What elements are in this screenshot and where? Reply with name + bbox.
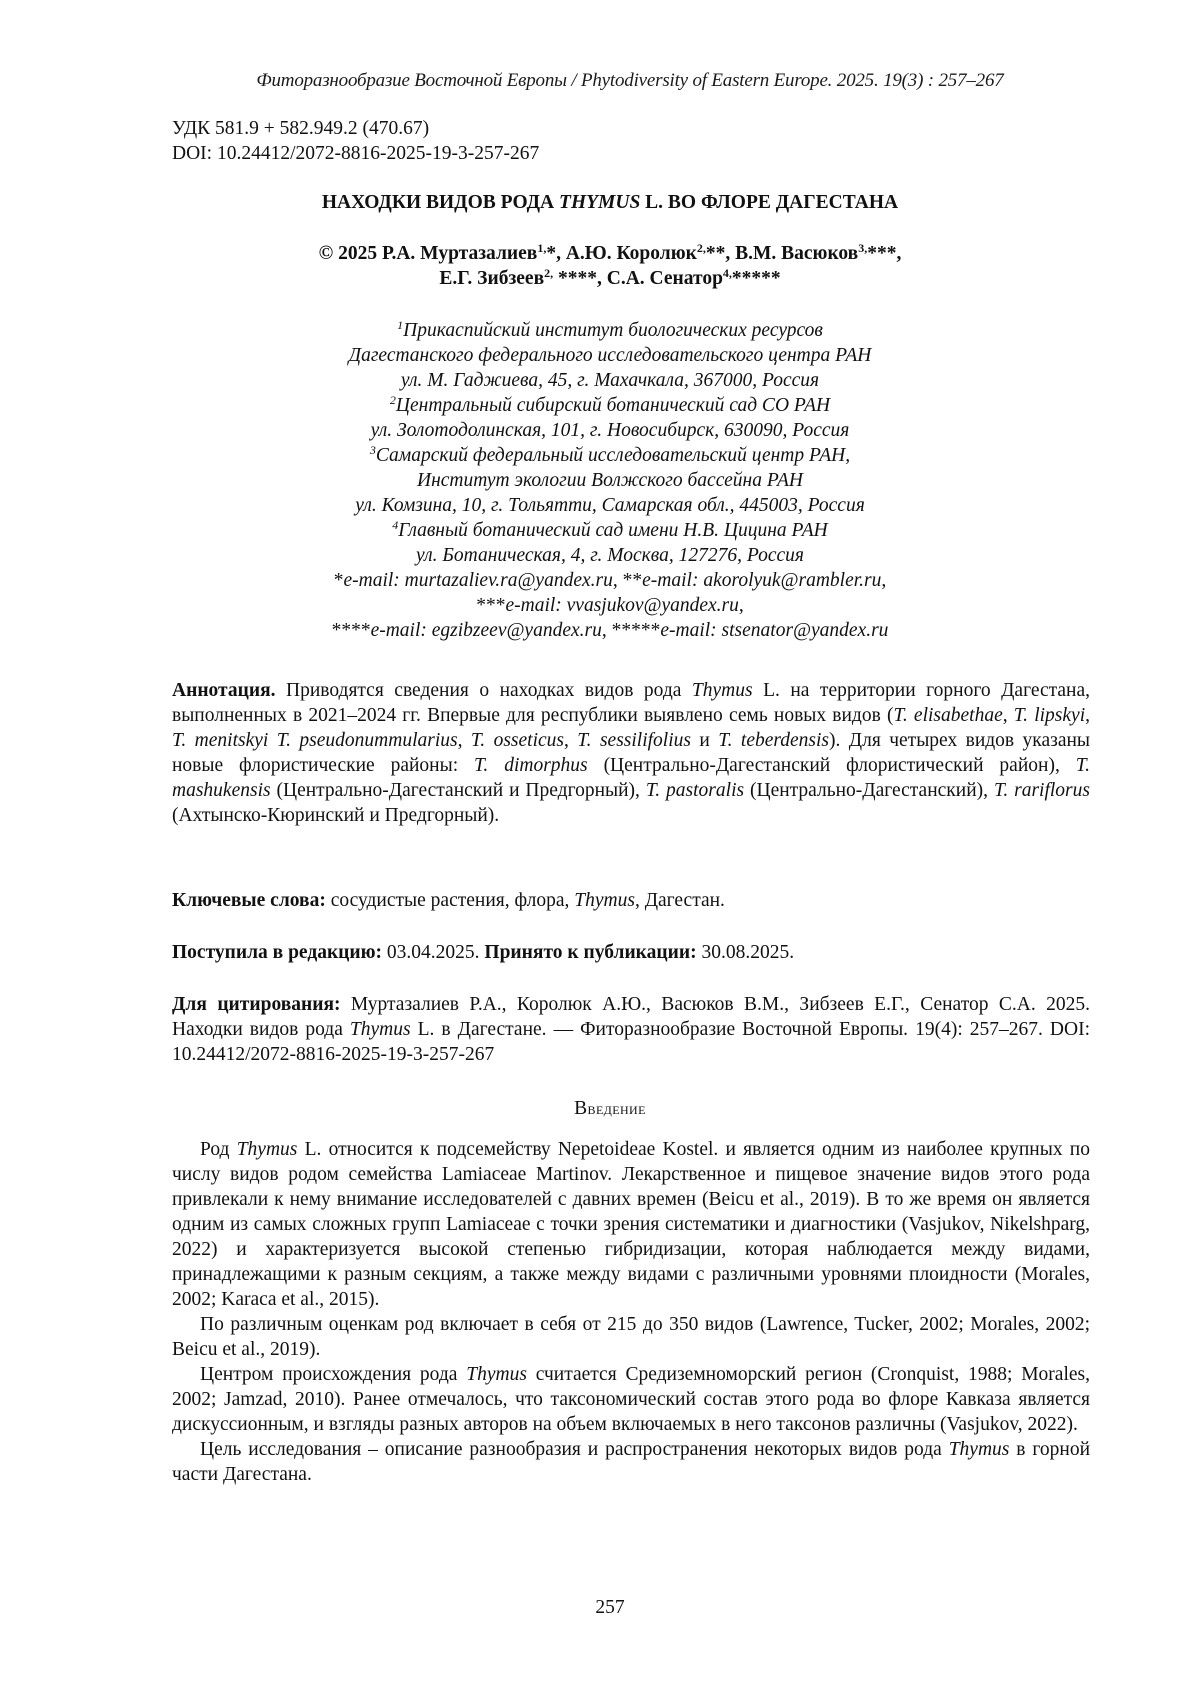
author-list: © 2025 Р.А. Муртазалиев1,*, А.Ю. Королюк… <box>0 241 1200 291</box>
affiliation-line: ул. М. Гаджиева, 45, г. Махачкала, 36700… <box>20 368 1200 393</box>
email-lines: *e-mail: murtazaliev.ra@yandex.ru, **e-m… <box>20 568 1200 643</box>
abstract-body: Приводятся сведения о находках видов род… <box>172 680 1090 826</box>
email-address[interactable]: vvasjukov@yandex.ru <box>567 595 739 616</box>
affiliation-lines: 1Прикаспийский институт биологических ре… <box>20 318 1200 568</box>
accepted-date: 30.08.2025. <box>697 942 795 963</box>
introduction-body: Род Thymus L. относится к подсемейству N… <box>172 1137 1090 1487</box>
doi: DOI: 10.24412/2072-8816-2025-19-3-257-26… <box>172 141 539 166</box>
affiliation-line: ул. Золотодолинская, 101, г. Новосибирск… <box>20 418 1200 443</box>
running-head: Фиторазнообразие Восточной Европы / Phyt… <box>0 70 1200 92</box>
abstract-label: Аннотация. <box>172 680 276 701</box>
author: Е.Г. Зибзеев <box>439 268 544 289</box>
paragraph: По различным оценкам род включает в себя… <box>172 1312 1090 1362</box>
email-line: ***e-mail: vvasjukov@yandex.ru, <box>20 593 1200 618</box>
affiliation-line: Дагестанского федерального исследователь… <box>20 343 1200 368</box>
email-line: ****e-mail: egzibzeev@yandex.ru, *****e-… <box>20 618 1200 643</box>
keywords: Ключевые слова: сосудистые растения, фло… <box>172 888 1090 913</box>
received-date: 03.04.2025. <box>382 942 484 963</box>
email-address[interactable]: murtazaliev.ra@yandex.ru <box>405 570 613 591</box>
affiliation-line: 2Центральный сибирский ботанический сад … <box>20 393 1200 418</box>
affiliations: 1Прикаспийский институт биологических ре… <box>0 318 1200 643</box>
author: А.Ю. Королюк <box>566 243 697 264</box>
affiliation-line: 3Самарский федеральный исследовательский… <box>20 443 1200 468</box>
page-number: 257 <box>0 1597 1200 1619</box>
author: В.М. Васюков <box>735 243 858 264</box>
email-line: *e-mail: murtazaliev.ra@yandex.ru, **e-m… <box>20 568 1200 593</box>
affiliation-line: ул. Ботаническая, 4, г. Москва, 127276, … <box>20 543 1200 568</box>
email-address[interactable]: egzibzeev@yandex.ru <box>432 620 602 641</box>
author-line-1: © 2025 Р.А. Муртазалиев1,*, А.Ю. Королюк… <box>20 241 1200 266</box>
affiliation-line: ул. Комзина, 10, г. Тольятти, Самарская … <box>20 493 1200 518</box>
email-address[interactable]: akorolyuk@rambler.ru <box>703 570 881 591</box>
keywords-body: сосудистые растения, флора, Thymus, Даге… <box>326 890 725 911</box>
paragraph: Род Thymus L. относится к подсемейству N… <box>172 1137 1090 1312</box>
received-accepted-dates: Поступила в редакцию: 03.04.2025. Принят… <box>172 940 1090 965</box>
journal-page: Фиторазнообразие Восточной Европы / Phyt… <box>0 0 1200 1697</box>
abstract: Аннотация. Приводятся сведения о находка… <box>172 678 1090 828</box>
affiliation-line: 1Прикаспийский институт биологических ре… <box>20 318 1200 343</box>
paragraph: Центром происхождения рода Thymus считае… <box>172 1362 1090 1437</box>
udc-code: УДК 581.9 + 582.949.2 (470.67) <box>172 116 539 141</box>
paragraph: Цель исследования – описание разнообрази… <box>172 1437 1090 1487</box>
section-heading-introduction: Введение <box>0 1098 1200 1120</box>
keywords-label: Ключевые слова: <box>172 890 326 911</box>
author-line-2: Е.Г. Зибзеев2, ****, С.А. Сенатор4,***** <box>20 266 1200 291</box>
article-meta: УДК 581.9 + 582.949.2 (470.67) DOI: 10.2… <box>172 116 539 166</box>
affiliation-line: Институт экологии Волжского бассейна РАН <box>20 468 1200 493</box>
affiliation-line: 4Главный ботанический сад имени Н.В. Циц… <box>20 518 1200 543</box>
author: С.А. Сенатор <box>607 268 723 289</box>
article-title: НАХОДКИ ВИДОВ РОДА THYMUS L. ВО ФЛОРЕ ДА… <box>0 192 1200 214</box>
citation: Для цитирования: Муртазалиев Р.А., Корол… <box>172 992 1090 1067</box>
email-address[interactable]: stsenator@yandex.ru <box>722 620 889 641</box>
citation-label: Для цитирования: <box>172 994 341 1015</box>
author: Р.А. Муртазалиев <box>382 243 537 264</box>
